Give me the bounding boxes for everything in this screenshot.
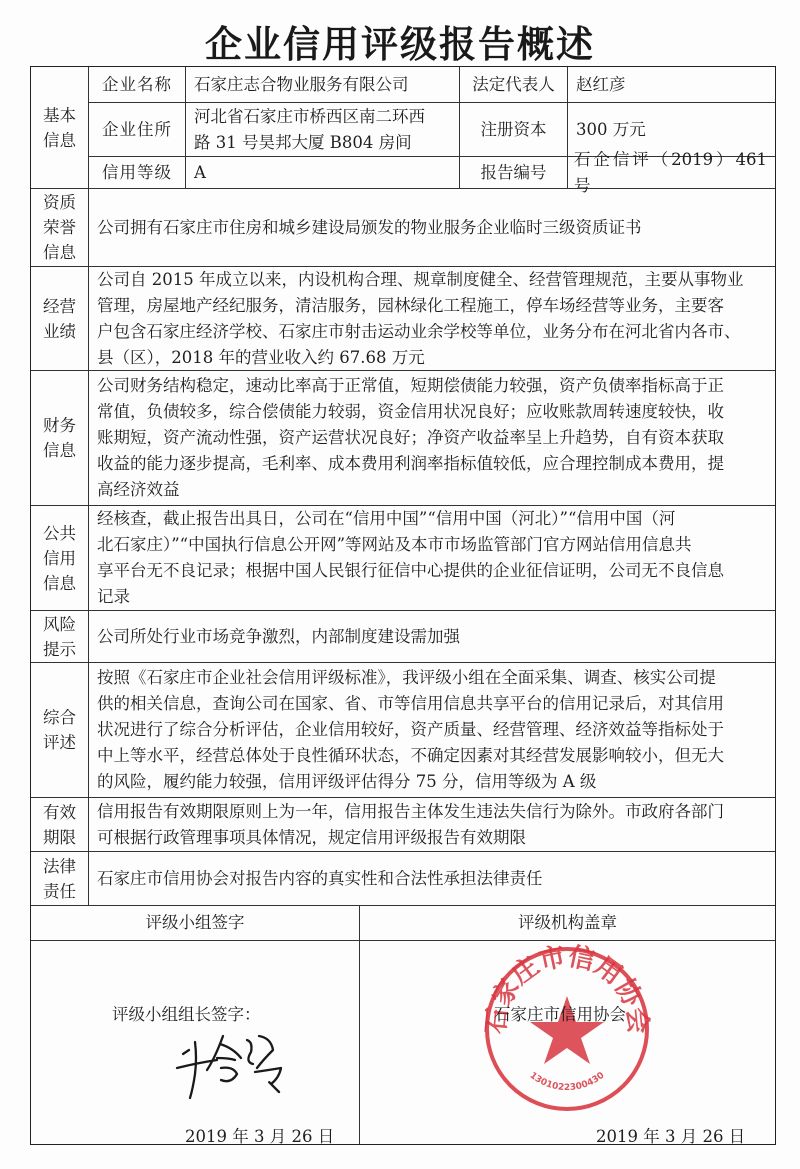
official-seal-stamp: 石家庄市信用协会 1301022300430: [482, 944, 652, 1114]
legal-rep-label: 法定代表人: [459, 66, 568, 103]
report-no-label: 报告编号: [459, 156, 568, 189]
handwritten-signature: [175, 1028, 305, 1100]
document-title: 企业信用评级报告概述: [0, 14, 800, 68]
company-name-value: 石家庄志合物业服务有限公司: [185, 66, 460, 103]
qualification-text: 公司拥有石家庄市住房和城乡建设局颁发的物业服务企业临时三级资质证书: [88, 188, 776, 267]
risk-warning-text: 公司所处行业市场竞争激烈，内部制度建设需加强: [88, 610, 776, 663]
validity-period-text: 信用报告有效期限原则上为一年，信用报告主体发生违法失信行为除外。市政府各部门 可…: [88, 797, 776, 852]
public-credit-label: 公共 信用 信息: [30, 505, 89, 611]
organization-name: 石家庄市信用协会: [494, 1001, 626, 1025]
seal-date: 2019 年 3 月 26 日: [596, 1123, 745, 1147]
financial-info-label: 财务 信息: [30, 370, 89, 506]
financial-info-text: 公司财务结构稳定，速动比率高于正常值，短期偿债能力较强，资产负债率指标高于正 常…: [88, 370, 776, 506]
overall-review-label: 综合 评述: [30, 662, 89, 798]
risk-warning-label: 风险 提示: [30, 610, 89, 663]
legal-rep-value: 赵红彦: [567, 66, 776, 103]
legal-liability-label: 法律 责任: [30, 851, 89, 906]
basic-info-label: 基本 信息: [30, 66, 89, 189]
stamp-number: 1301022300430: [528, 1071, 607, 1093]
validity-period-label: 有效 期限: [30, 797, 89, 852]
company-name-label: 企业名称: [88, 66, 186, 103]
business-performance-label: 经营 业绩: [30, 266, 89, 371]
overall-review-text: 按照《石家庄市企业社会信用评级标准》，我评级小组在全面采集、调查、核实公司提 供…: [88, 662, 776, 798]
qualification-label: 资质 荣誉 信息: [30, 188, 89, 267]
rating-agency-seal-header: 评级机构盖章: [359, 905, 776, 941]
credit-level-label: 信用等级: [88, 156, 186, 189]
report-no-value: 石企信评（2019）461 号: [567, 156, 776, 189]
business-performance-text: 公司自 2015 年成立以来，内设机构合理、规章制度健全、经营管理规范，主要从事…: [88, 266, 776, 371]
legal-liability-text: 石家庄市信用协会对报告内容的真实性和合法性承担法律责任: [88, 851, 776, 906]
public-credit-text: 经核查，截止报告出具日，公司在“信用中国”“信用中国（河北）”“信用中国（河 北…: [88, 505, 776, 611]
address-value: 河北省石家庄市桥西区南二环西 路 31 号昊邦大厦 B804 房间: [185, 102, 460, 157]
address-label: 企业住所: [88, 102, 186, 157]
svg-text:1301022300430: 1301022300430: [528, 1071, 607, 1093]
capital-label: 注册资本: [459, 102, 568, 157]
signature-date: 2019 年 3 月 26 日: [185, 1123, 334, 1147]
credit-level-value: A: [185, 156, 460, 189]
rating-team-signature-header: 评级小组签字: [30, 905, 360, 941]
team-leader-signature-label: 评级小组组长签字：: [112, 1001, 261, 1025]
